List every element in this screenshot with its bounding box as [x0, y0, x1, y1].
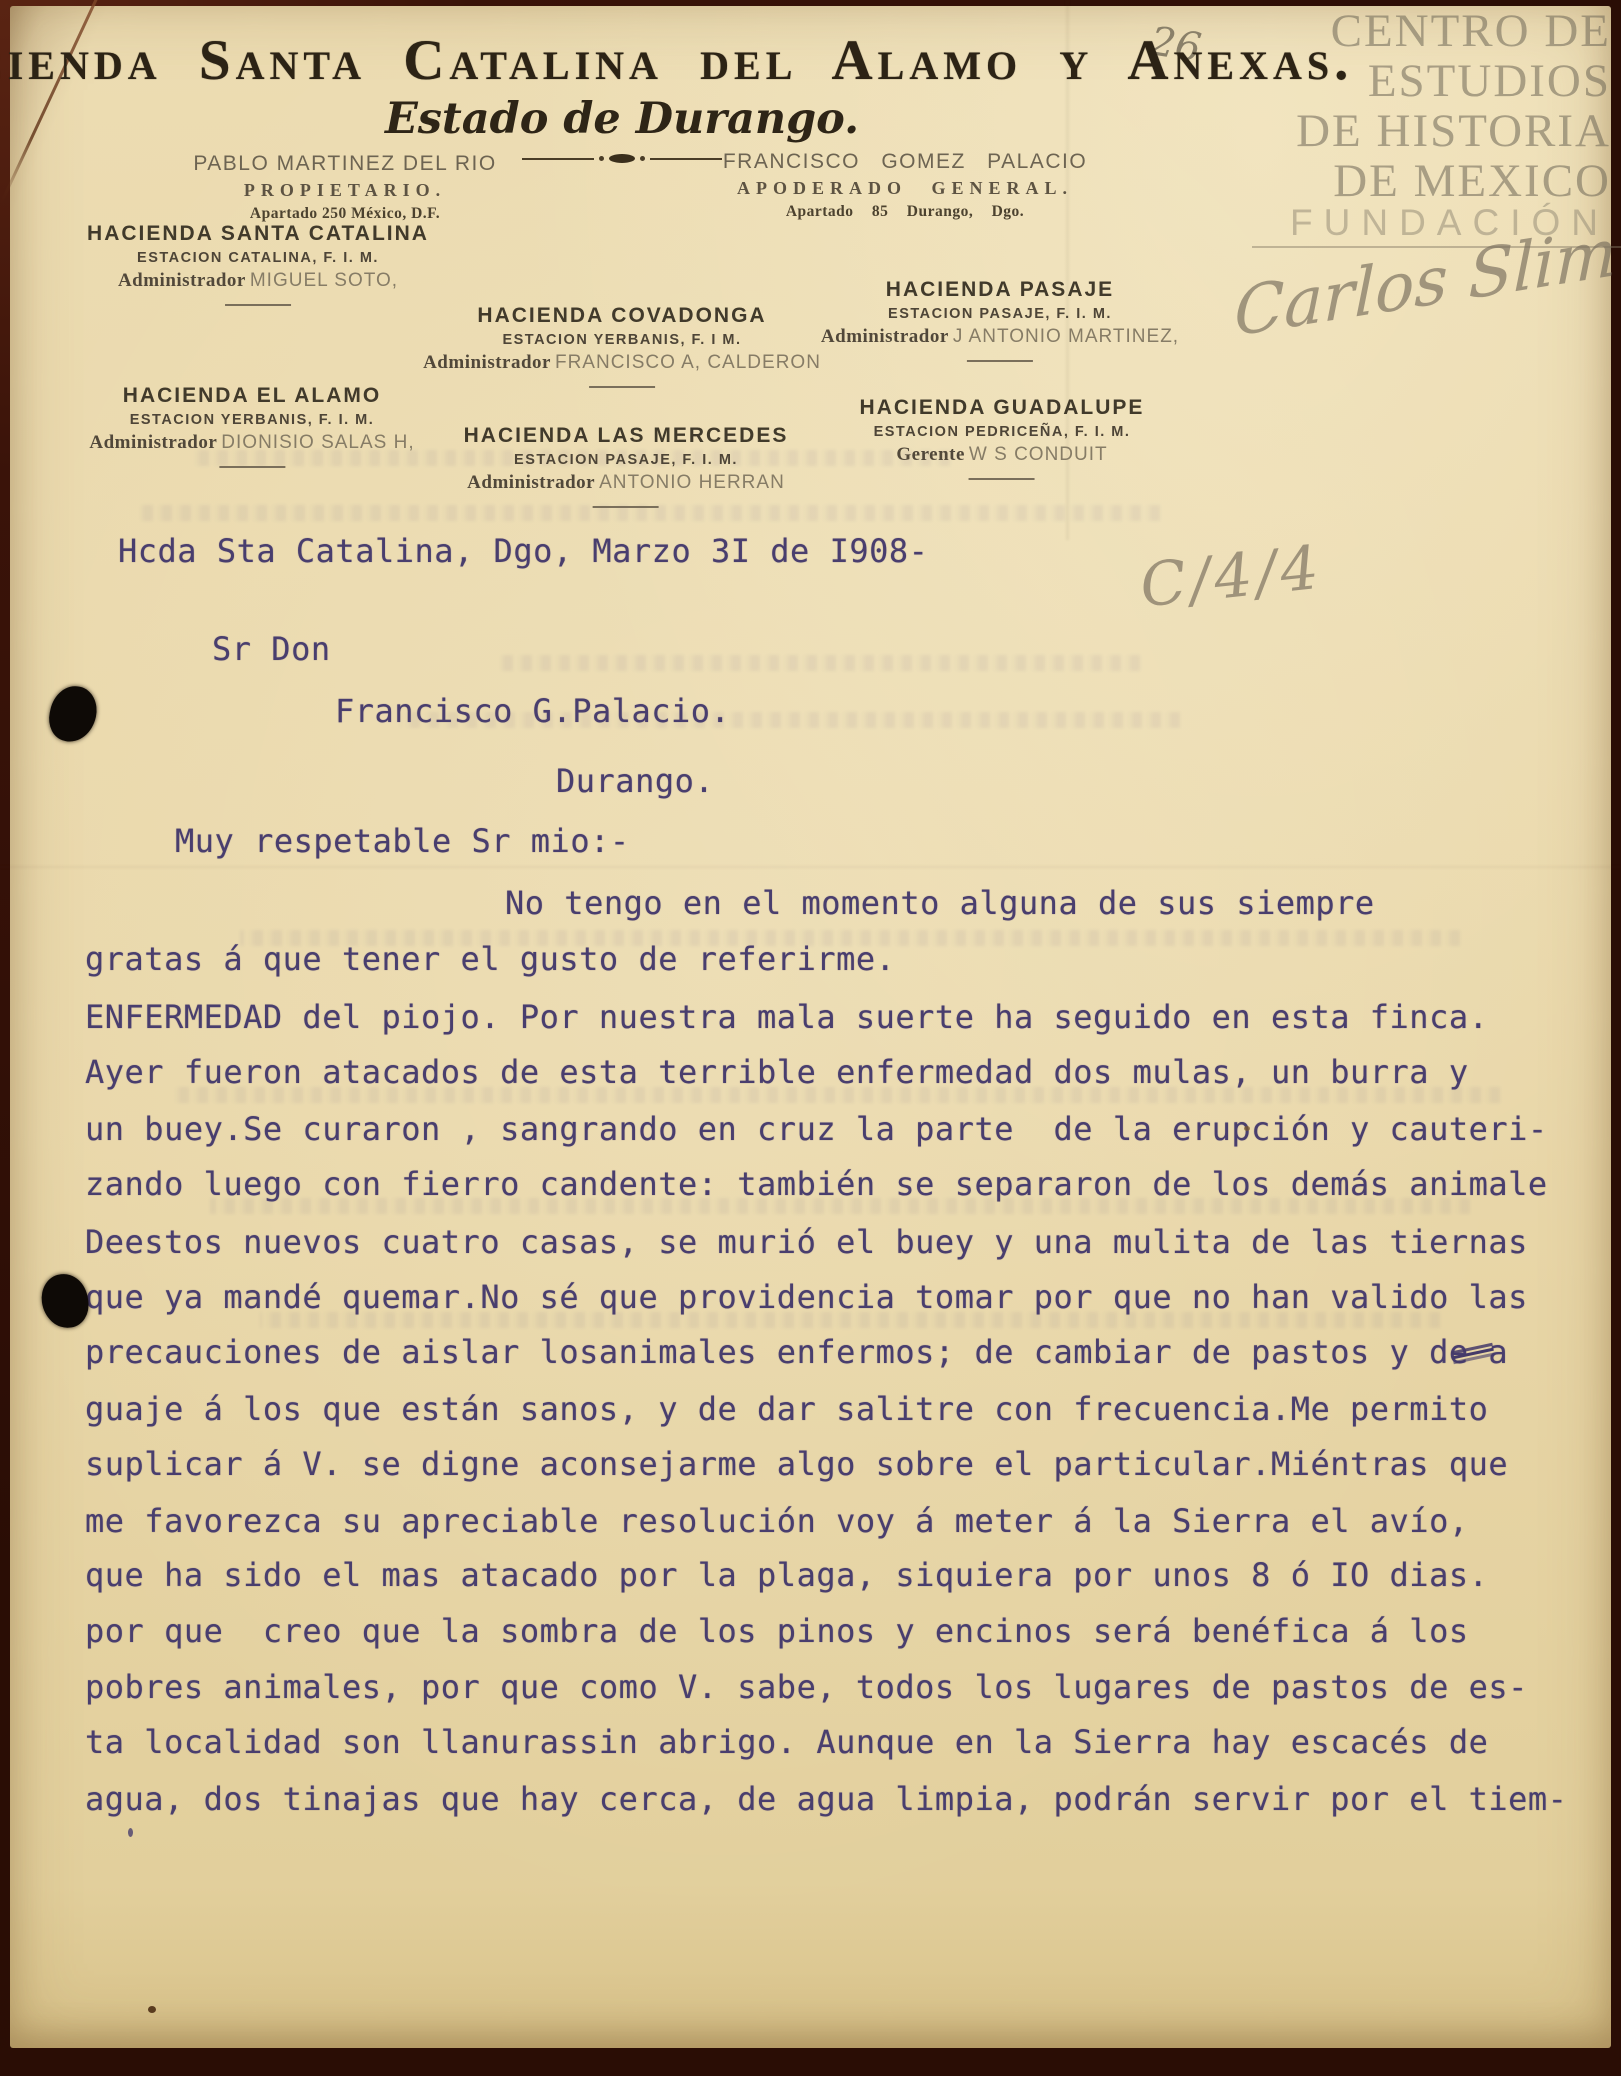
divider: [589, 386, 655, 388]
stain-speck: [148, 2006, 156, 2013]
hacienda-block-covadonga: HACIENDA COVADONGA ESTACION YERBANIS, F.…: [423, 304, 821, 388]
letterhead-subtitle: Estado de Durango.: [385, 94, 859, 144]
letter-line: me favorezca su apreciable resolución vo…: [85, 1502, 1469, 1540]
hacienda-name: HACIENDA GUADALUPE: [860, 396, 1145, 420]
hacienda-block-santa-catalina: HACIENDA SANTA CATALINA ESTACION CATALIN…: [87, 222, 429, 306]
watermark-line: CENTRO DE: [1331, 4, 1611, 58]
letter-dateline: Hcda Sta Catalina, Dgo, Marzo 3I de I908…: [118, 532, 928, 570]
letter-line: precauciones de aislar losanimales enfer…: [85, 1333, 1508, 1371]
agent-name: FRANCISCO GOMEZ PALACIO: [723, 150, 1087, 174]
agent-block: FRANCISCO GOMEZ PALACIO APODERADO GENERA…: [723, 150, 1087, 221]
divider: [967, 360, 1033, 362]
owner-role: PROPIETARIO.: [193, 180, 496, 201]
owner-block: PABLO MARTINEZ DEL RIO PROPIETARIO. Apar…: [193, 152, 496, 223]
owner-name: PABLO MARTINEZ DEL RIO: [193, 152, 496, 176]
hacienda-name: HACIENDA EL ALAMO: [89, 384, 414, 408]
stain-speck: [1244, 1126, 1250, 1131]
letter-line: Durango.: [556, 762, 714, 800]
bleed-through: [500, 655, 1140, 671]
hacienda-manager: J ANTONIO MARTINEZ,: [953, 326, 1179, 347]
watermark-line: DE MEXICO: [1333, 154, 1611, 208]
owner-address: Apartado 250 México, D.F.: [193, 205, 496, 223]
letter-line: Francisco G.Palacio.: [335, 692, 730, 730]
hacienda-role: Administrador: [89, 432, 217, 453]
hacienda-manager: W S CONDUIT: [969, 444, 1108, 465]
hacienda-block-guadalupe: HACIENDA GUADALUPE ESTACION PEDRICEÑA, F…: [860, 396, 1145, 480]
divider: [219, 466, 285, 468]
letter-line: pobres animales, por que como V. sabe, t…: [85, 1668, 1528, 1706]
ornament-divider: [522, 154, 722, 163]
watermark-line: ESTUDIOS: [1368, 54, 1611, 108]
divider: [225, 304, 291, 306]
agent-role: APODERADO GENERAL.: [723, 178, 1087, 199]
hacienda-role: Administrador: [423, 352, 551, 373]
agent-address: Apartado 85 Durango, Dgo.: [723, 203, 1087, 221]
letter-line: Ayer fueron atacados de esta terrible en…: [85, 1053, 1469, 1091]
watermark-line: DE HISTORIA: [1296, 104, 1611, 158]
letter-line: que ya mandé quemar.No sé que providenci…: [85, 1278, 1528, 1316]
hacienda-manager: ANTONIO HERRAN: [599, 472, 785, 493]
hacienda-station: ESTACION YERBANIS, F. I. M.: [89, 412, 414, 428]
hacienda-block-pasaje: HACIENDA PASAJE ESTACION PASAJE, F. I. M…: [821, 278, 1179, 362]
letter-line: por que creo que la sombra de los pinos …: [85, 1612, 1469, 1650]
hacienda-manager: MIGUEL SOTO,: [250, 270, 398, 291]
hacienda-name: HACIENDA LAS MERCEDES: [464, 424, 789, 448]
hacienda-role: Administrador: [821, 326, 949, 347]
hacienda-name: HACIENDA COVADONGA: [423, 304, 821, 328]
hacienda-station: ESTACION CATALINA, F. I. M.: [87, 250, 429, 266]
hacienda-name: HACIENDA SANTA CATALINA: [87, 222, 429, 246]
letter-line: ta localidad son llanurassin abrigo. Aun…: [85, 1723, 1488, 1761]
divider: [969, 478, 1035, 480]
hacienda-block-el-alamo: HACIENDA EL ALAMO ESTACION YERBANIS, F. …: [89, 384, 414, 468]
letter-line: zando luego con fierro candente: también…: [85, 1165, 1548, 1203]
hacienda-station: ESTACION PASAJE, F. I. M.: [464, 452, 789, 468]
letter-line: que ha sido el mas atacado por la plaga,…: [85, 1556, 1488, 1594]
letter-line: Muy respetable Sr mio:-: [175, 822, 630, 860]
hacienda-station: ESTACION YERBANIS, F. I M.: [423, 332, 821, 348]
horizontal-fold: [0, 866, 1621, 868]
letter-line: guaje á los que están sanos, y de dar sa…: [85, 1390, 1488, 1428]
letter-line: suplicar á V. se digne aconsejarme algo …: [85, 1445, 1508, 1483]
hacienda-role: Administrador: [118, 270, 246, 291]
hacienda-role: Gerente: [896, 444, 965, 465]
letter-line: un buey.Se curaron , sangrando en cruz l…: [85, 1110, 1548, 1148]
letter-line: Deestos nuevos cuatro casas, se murió el…: [85, 1223, 1528, 1261]
letter-line: Sr Don: [212, 630, 331, 668]
ink-speck: [128, 1828, 133, 1837]
hacienda-role: Administrador: [467, 472, 595, 493]
letter-line: gratas á que tener el gusto de referirme…: [85, 940, 895, 978]
hacienda-name: HACIENDA PASAJE: [821, 278, 1179, 302]
letter-line: No tengo en el momento alguna de sus sie…: [505, 884, 1375, 922]
letterhead-title: Hacienda Santa Catalina del Alamo y Anex…: [0, 28, 1353, 93]
hacienda-block-las-mercedes: HACIENDA LAS MERCEDES ESTACION PASAJE, F…: [464, 424, 789, 508]
divider: [593, 506, 659, 508]
hacienda-manager: FRANCISCO A, CALDERON: [555, 352, 821, 373]
hacienda-station: ESTACION PASAJE, F. I. M.: [821, 306, 1179, 322]
hacienda-manager: DIONISIO SALAS H,: [221, 432, 414, 453]
letter-line: ENFERMEDAD del piojo. Por nuestra mala s…: [85, 998, 1488, 1036]
letter-line: agua, dos tinajas que hay cerca, de agua…: [85, 1780, 1567, 1818]
scanned-letter-page: CENTRO DE ESTUDIOS DE HISTORIA DE MEXICO…: [0, 0, 1621, 2076]
hacienda-station: ESTACION PEDRICEÑA, F. I. M.: [860, 424, 1145, 440]
